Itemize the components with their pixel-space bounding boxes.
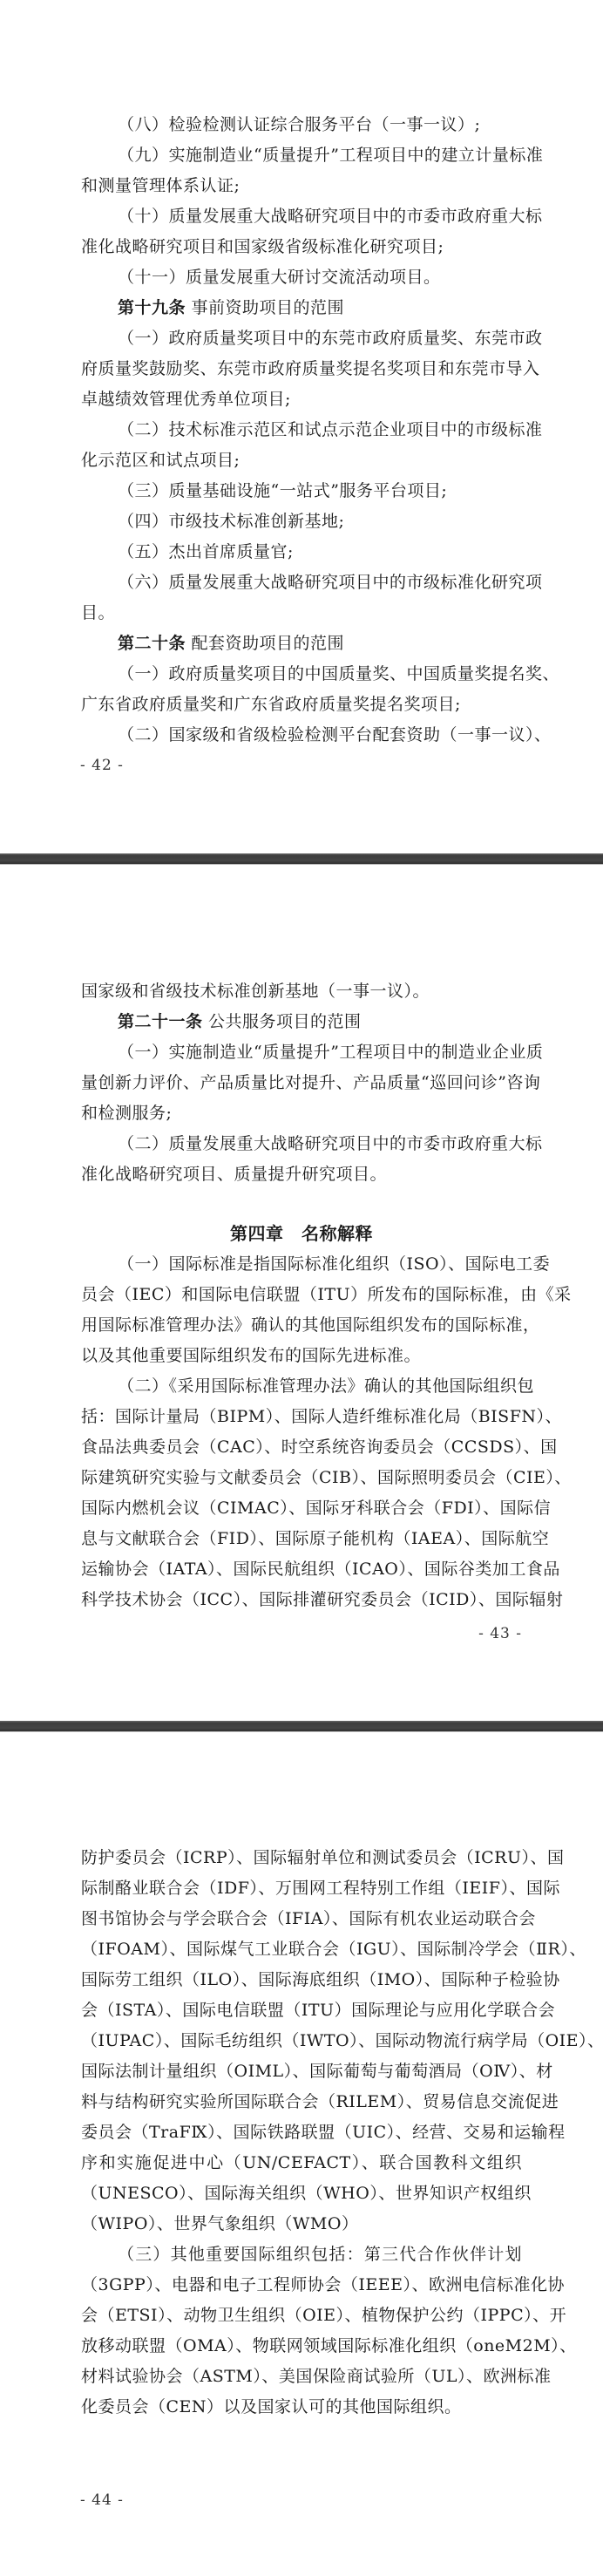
article-21-item-2: （二）质量发展重大战略研究项目中的市委市政府重大标 (118, 1133, 522, 1154)
definition-2-cont: 料与结构研究实验所国际联合会（RILEM）、贸易信息交流促进 (81, 2091, 522, 2112)
definition-2: （二）《采用国际标准管理办法》确认的其他国际组织包 (118, 1376, 522, 1397)
article-19-item-5: （五）杰出首席质量官; (118, 541, 522, 562)
definition-3-cont: （3GPP）、电器和电子工程师协会（IEEE）、欧洲电信标准化协 (81, 2274, 522, 2295)
article-19-item-1-cont: 府质量奖鼓励奖、东莞市政府质量奖提名奖项目和东莞市导入 (81, 358, 522, 379)
definition-1-cont3: 以及其他重要国际组织发布的国际先进标准。 (81, 1345, 522, 1366)
list-item-11: （十一）质量发展重大研讨交流活动项目。 (118, 267, 522, 288)
article-19-item-2: （二）技术标准示范区和试点示范企业项目中的市级标准 (118, 419, 522, 440)
article-number: 第二十条 (118, 634, 186, 653)
list-item-9: （九）实施制造业“质量提升”工程项目中的建立计量标准 (118, 145, 522, 166)
document-page-44: 防护委员会（ICRP）、国际辐射单位和测试委员会（ICRU）、国 际制酪业联合会… (0, 1732, 603, 2576)
definition-2-cont: 防护委员会（ICRP）、国际辐射单位和测试委员会（ICRU）、国 (81, 1847, 522, 1868)
article-title: 事前资助项目的范围 (186, 298, 344, 317)
document-page-42: （八）检验检测认证综合服务平台（一事一议）; （九）实施制造业“质量提升”工程项… (0, 0, 603, 853)
article-title: 配套资助项目的范围 (186, 634, 344, 653)
definition-3-cont: 材料试验协会（ASTM）、美国保险商试验所（UL）、欧洲标准 (81, 2366, 522, 2387)
page-number: - 44 - (80, 2491, 124, 2509)
page-divider (0, 1721, 603, 1732)
definition-2-cont: 国际法制计量组织（OIML）、国际葡萄与葡萄酒局（OⅣ）、材 (81, 2061, 522, 2082)
article-19-heading: 第十九条 事前资助项目的范围 (118, 297, 522, 318)
article-21-item-1-cont2: 和检测服务; (81, 1103, 522, 1124)
definition-2-cont: 序和实施促进中心（UN/CEFACT）、联合国教科文组织 (81, 2152, 522, 2173)
article-19-item-4: （四）市级技术标准创新基地; (118, 511, 522, 532)
chapter-4-title: 第四章 名称解释 (81, 1223, 522, 1244)
definition-2-cont: 食品法典委员会（CAC）、时空系统咨询委员会（CCSDS）、国 (81, 1437, 522, 1458)
definition-1-cont2: 用国际标准管理办法》确认的其他国际组织发布的国际标准， (81, 1315, 522, 1336)
article-21-item-2-cont: 准化战略研究项目、质量提升研究项目。 (81, 1164, 522, 1185)
definition-3-cont: 会（ETSI）、动物卫生组织（OIE）、植物保护公约（IPPC）、开 (81, 2305, 522, 2326)
definition-3-cont: 化委员会（CEN）以及国家认可的其他国际组织。 (81, 2396, 522, 2417)
definition-2-cont: 括：国际计量局（BIPM）、国际人造纤维标准化局（BISFN）、 (81, 1406, 522, 1427)
article-number: 第二十一条 (118, 1012, 203, 1031)
article-21-item-1-cont: 量创新力评价、产品质量比对提升、产品质量“巡回问诊”咨询 (81, 1072, 522, 1093)
page-number: - 43 - (478, 1625, 522, 1642)
page-divider (0, 853, 603, 865)
list-item-10-cont: 准化战略研究项目和国家级省级标准化研究项目; (81, 236, 522, 257)
definition-2-cont: 委员会（TraFⅨ）、国际铁路联盟（UIC）、经营、交易和运输程 (81, 2122, 522, 2143)
article-number: 第十九条 (118, 298, 186, 317)
definition-2-cont: 国际内燃机会议（CIMAC）、国际牙科联合会（FDI）、国际信 (81, 1498, 522, 1519)
list-item-10: （十）质量发展重大战略研究项目中的市委市政府重大标 (118, 206, 522, 227)
article-21-heading: 第二十一条 公共服务项目的范围 (118, 1011, 522, 1032)
definition-2-cont: 运输协会（IATA）、国际民航组织（ICAO）、国际谷类加工食品 (81, 1559, 522, 1580)
definition-1: （一）国际标准是指国际标准化组织（ISO）、国际电工委 (118, 1254, 522, 1274)
definition-2-cont: （IUPAC）、国际毛纺组织（IWTO）、国际动物流行病学局（OIE）、 (81, 2030, 522, 2051)
page-number: - 42 - (80, 757, 124, 774)
definition-2-cont: 国际劳工组织（ILO）、国际海底组织（IMO）、国际种子检验协 (81, 1969, 522, 1990)
article-19-item-6-cont: 目。 (81, 602, 522, 623)
definition-2-cont: （WIPO）、世界气象组织（WMO） (81, 2213, 522, 2234)
definition-2-cont: （UNESCO）、国际海关组织（WHO）、世界知识产权组织 (81, 2183, 522, 2204)
article-19-item-1-cont2: 卓越绩效管理优秀单位项目; (81, 389, 522, 410)
definition-2-cont: 会（ISTA）、国际电信联盟（ITU）国际理论与应用化学联合会 (81, 2000, 522, 2021)
definition-2-cont: 科学技术协会（ICC）、国际排灌研究委员会（ICID）、国际辐射 (81, 1589, 522, 1610)
document-page-43: 国家级和省级技术标准创新基地（一事一议）。 第二十一条 公共服务项目的范围 （一… (0, 865, 603, 1721)
definition-1-cont: 员会（IEC）和国际电信联盟（ITU）所发布的国际标准，由《采 (81, 1284, 522, 1305)
article-21-item-1: （一）实施制造业“质量提升”工程项目中的制造业企业质 (118, 1042, 522, 1063)
article-20-heading: 第二十条 配套资助项目的范围 (118, 633, 522, 654)
article-20-item-2: （二）国家级和省级检验检测平台配套资助（一事一议）、 (118, 724, 522, 745)
list-item-9-cont: 和测量管理体系认证; (81, 175, 522, 196)
definition-2-cont: 际建筑研究实验与文献委员会（CIB）、国际照明委员会（CIE）、 (81, 1467, 522, 1488)
definition-2-cont: （IFOAM）、国际煤气工业联合会（IGU）、国际制冷学会（ⅡR）、 (81, 1939, 522, 1960)
list-item-8: （八）检验检测认证综合服务平台（一事一议）; (118, 114, 522, 135)
article-19-item-1: （一）政府质量奖项目中的东莞市政府质量奖、东莞市政 (118, 328, 522, 349)
definition-2-cont: 息与文献联合会（FID）、国际原子能机构（IAEA）、国际航空 (81, 1528, 522, 1549)
article-title: 公共服务项目的范围 (203, 1012, 362, 1031)
article-20-item-1-cont: 广东省政府质量奖和广东省政府质量奖提名奖项目; (81, 694, 522, 715)
definition-2-cont: 际制酪业联合会（IDF）、万围网工程特别工作组（IEIF）、国际 (81, 1878, 522, 1899)
definition-3-cont: 放移动联盟（OMA）、物联网领域国际标准化组织（oneM2M）、 (81, 2335, 522, 2356)
article-19-item-6: （六）质量发展重大战略研究项目中的市级标准化研究项 (118, 572, 522, 593)
article-20-item-2-cont: 国家级和省级技术标准创新基地（一事一议）。 (81, 981, 522, 1002)
article-19-item-3: （三）质量基础设施“一站式”服务平台项目; (118, 480, 522, 501)
definition-3: （三）其他重要国际组织包括：第三代合作伙伴计划 (118, 2244, 522, 2265)
article-19-item-2-cont: 化示范区和试点项目; (81, 450, 522, 471)
definition-2-cont: 图书馆协会与学会联合会（IFIA）、国际有机农业运动联合会 (81, 1908, 522, 1929)
article-20-item-1: （一）政府质量奖项目的中国质量奖、中国质量奖提名奖、 (118, 663, 522, 684)
